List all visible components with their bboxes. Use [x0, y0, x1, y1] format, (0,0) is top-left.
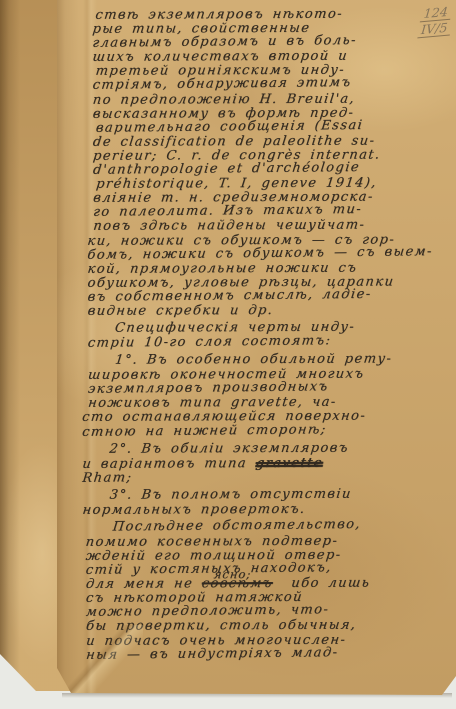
text-line: по предположенію H. Breuil'а,	[92, 91, 454, 107]
inserted-correction: ясно;	[213, 567, 225, 581]
text-line: бомъ, ножики съ обушкомъ — съ выем-	[87, 244, 455, 262]
text-line: главнымъ образомъ и въ боль-	[92, 32, 454, 50]
text-line: кой, прямоугольные ножики съ	[87, 260, 455, 276]
text-line: стріямъ, обнаруживая этимъ	[92, 74, 454, 92]
text-line: Послѣднее обстоятельство,	[85, 516, 456, 535]
line-text: Послѣднее обстоятельство,	[112, 517, 362, 535]
line-text: ныя — въ индустріяхъ млад-	[85, 645, 339, 663]
text-line: de classification de paleolithe su-	[92, 133, 454, 149]
text-line: въ собственномъ смыслѣ, ладіе-	[87, 286, 455, 304]
line-text: нормальныхъ провертокъ.	[82, 502, 307, 518]
line-text: 3°. Въ полномъ отсутствіи	[109, 486, 353, 502]
scanned-manuscript-page: 124 IV/5 ствѣ экземпляровъ нѣкото-рые ти…	[0, 0, 456, 709]
text-line: ныя — въ индустріяхъ млад-	[85, 644, 456, 662]
text-line: нормальныхъ провертокъ.	[82, 501, 456, 517]
text-line: 3°. Въ полномъ отсутствіи	[82, 486, 456, 503]
text-line: варительнаго сообщенія (Essai	[95, 117, 454, 135]
text-line: 2°. Въ обиліи экземпляровъ	[82, 440, 456, 457]
line-text: повъ здѣсь найдены чешуйчат-	[92, 218, 366, 234]
text-line: Rham;	[82, 467, 456, 485]
manuscript-text: ствѣ экземпляровъ нѣкото-рые типы, свойс…	[92, 6, 455, 661]
text-line: повъ здѣсь найдены чешуйчат-	[93, 218, 455, 234]
line-text: стріи 10-го слоя состоятъ:	[87, 333, 332, 351]
line-text: стріямъ, обнаруживая этимъ	[92, 76, 353, 94]
text-line: стріи 10-го слоя состоятъ:	[87, 332, 455, 350]
line-text: видные скребки и др.	[87, 303, 274, 319]
text-line: d'anthropologie et d'archéologie	[92, 159, 454, 177]
text-line: бы провертки, столь обычныя,	[85, 618, 456, 634]
text-line: стій у костяныхъ находокъ,	[85, 559, 456, 577]
manuscript-paper: 124 IV/5 ствѣ экземпляровъ нѣкото-рые ти…	[57, 0, 456, 695]
line-text: 2°. Въ обиліи экземпляровъ	[109, 440, 350, 456]
line-text: 1°. Въ особенно обильной рету-	[114, 352, 393, 368]
line-text: стною на нижней сторонѣ;	[81, 422, 327, 440]
text-line: видные скребки и др.	[87, 302, 455, 318]
line-text: Rham;	[82, 470, 134, 486]
